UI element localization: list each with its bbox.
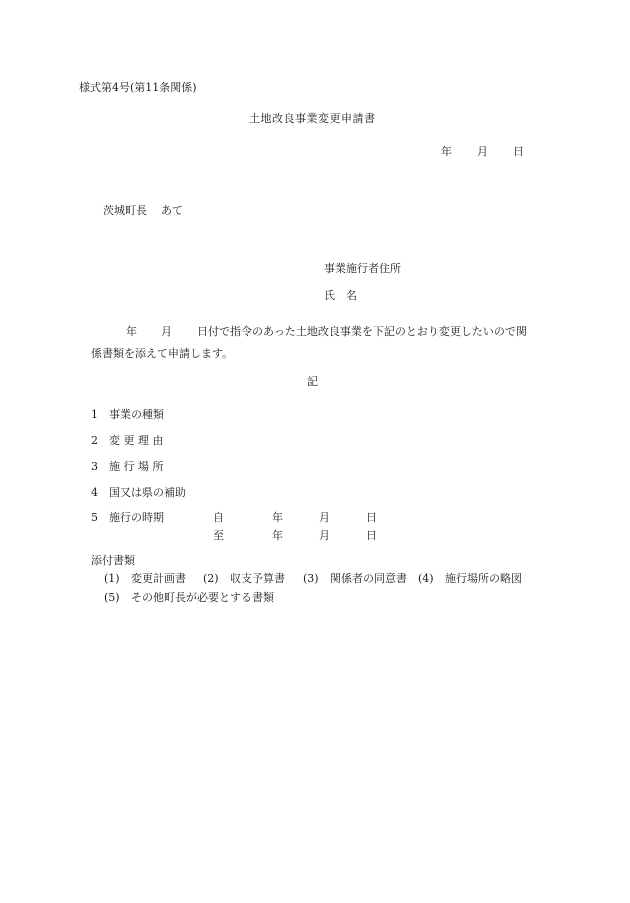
- attachment-3-label: 関係者の同意書: [330, 572, 407, 586]
- document-title: 土地改良事業変更申請書: [249, 112, 376, 126]
- body-line2: 係書類を添えて申請します。: [91, 347, 233, 361]
- ki-heading: 記: [307, 375, 318, 389]
- applicant-address-label: 事業施行者住所: [324, 262, 401, 276]
- item-reason: 2変 更 理 由: [91, 434, 164, 448]
- attachment-4-num: (4): [418, 572, 434, 586]
- period-from: 自: [213, 511, 224, 525]
- period-to-day: 日: [366, 529, 377, 543]
- attachment-1-num: (1): [104, 572, 120, 586]
- body-month: 月: [161, 325, 172, 339]
- form-number: 様式第4号(第11条関係): [79, 81, 197, 95]
- attachment-4-label: 施行場所の略図: [445, 572, 522, 586]
- item-period: 5施行の時期: [91, 511, 164, 525]
- addressee-name: 茨城町長: [103, 204, 147, 217]
- attachment-5-label: その他町長が必要とする書類: [131, 591, 274, 605]
- attachment-2-label: 収支予算書: [230, 572, 285, 586]
- date-year-label: 年: [441, 145, 452, 159]
- period-from-day: 日: [366, 511, 377, 525]
- period-to-month: 月: [319, 529, 330, 543]
- applicant-name-label: 氏 名: [324, 289, 357, 303]
- addressee-suffix: あて: [161, 204, 183, 217]
- body-year: 年: [126, 325, 137, 339]
- attachment-5-num: (5): [104, 591, 120, 605]
- body-text: 年 月 日付で指令のあった土地改良事業を下記のとおり変更したいので関 係書類を添…: [91, 325, 233, 361]
- period-from-month: 月: [319, 511, 330, 525]
- period-to: 至: [213, 529, 224, 543]
- attachment-3-num: (3): [303, 572, 319, 586]
- attachment-2-num: (2): [203, 572, 219, 586]
- item-type: 1事業の種類: [91, 408, 164, 422]
- body-line1: 日付で指令のあった土地改良事業を下記のとおり変更したいので関: [197, 325, 527, 339]
- period-to-year: 年: [272, 529, 283, 543]
- item-subsidy: 4国又は県の補助: [91, 486, 186, 500]
- attachments-heading: 添付書類: [91, 554, 135, 568]
- date-month-label: 月: [477, 145, 488, 159]
- date-day-label: 日: [513, 145, 524, 159]
- addressee: 茨城町長あて: [103, 204, 183, 218]
- item-location: 3施 行 場 所: [91, 460, 164, 474]
- attachment-1-label: 変更計画書: [131, 572, 186, 586]
- period-from-year: 年: [272, 511, 283, 525]
